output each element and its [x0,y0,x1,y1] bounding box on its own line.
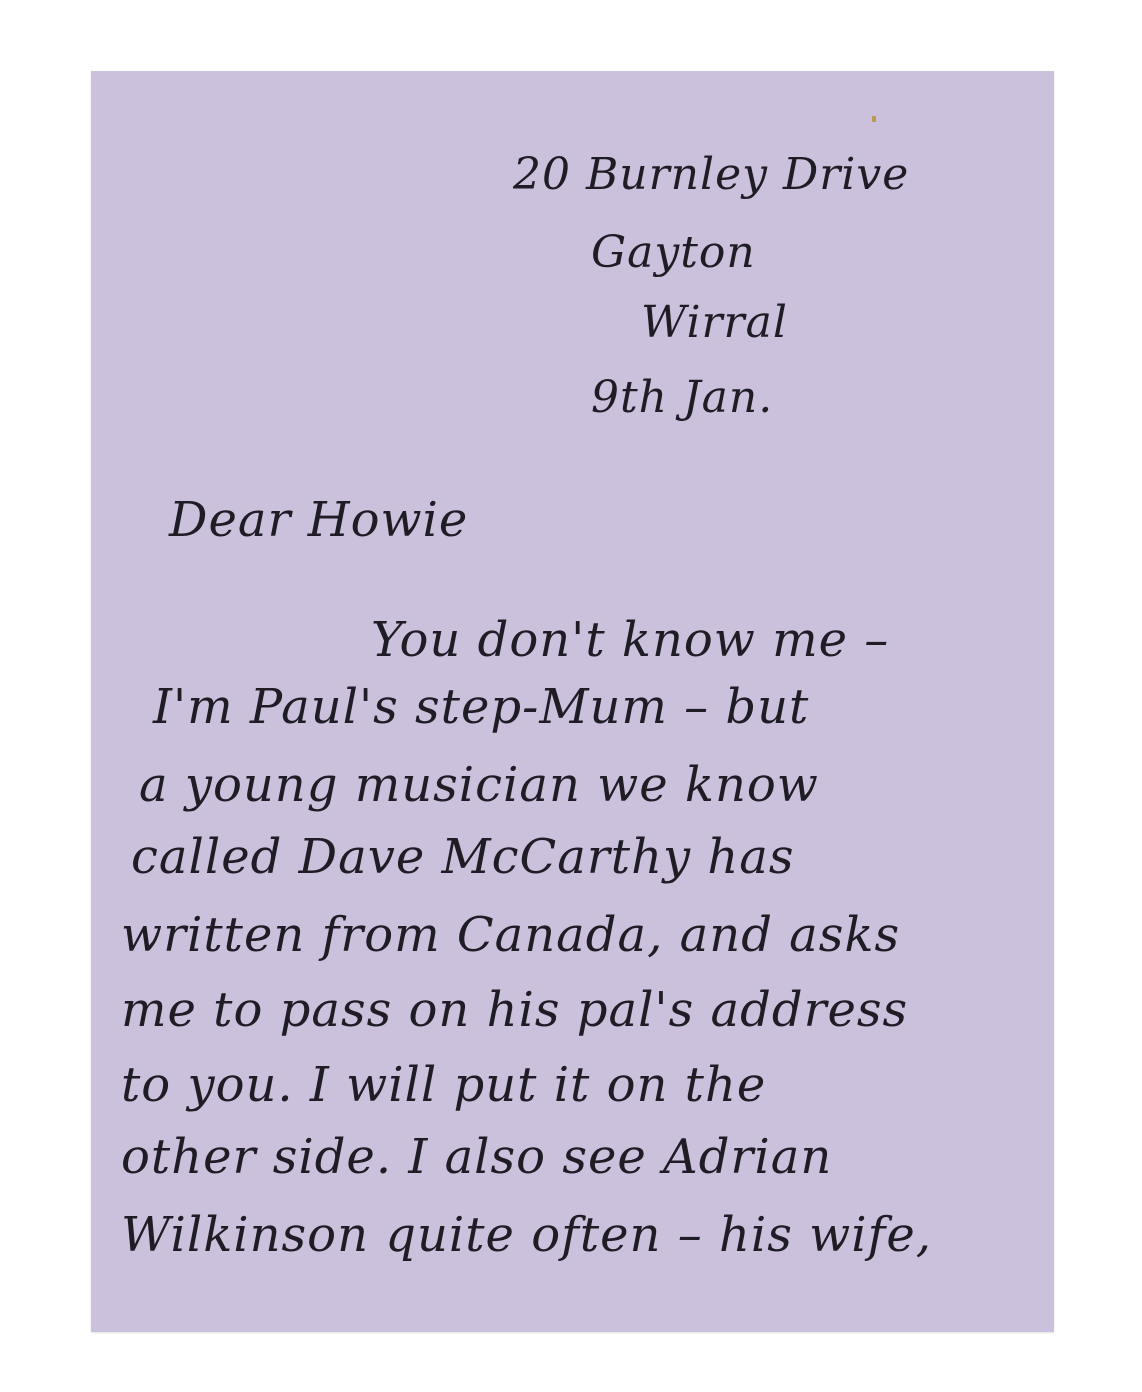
paper-blemish [872,116,876,122]
body-line: You don't know me – [371,616,889,664]
body-line: I'm Paul's step-Mum – but [153,683,809,731]
body-line: a young musician we know [139,761,819,809]
body-line: Wilkinson quite often – his wife, [121,1211,932,1259]
address-region: Wirral [641,301,788,345]
body-line: to you. I will put it on the [121,1061,766,1109]
letter-paper: 20 Burnley Drive Gayton Wirral 9th Jan. … [91,71,1054,1332]
address-street: 20 Burnley Drive [513,153,909,197]
salutation: Dear Howie [169,496,468,544]
body-line: called Dave McCarthy has [131,833,795,881]
body-line: me to pass on his pal's address [121,986,908,1034]
body-line: written from Canada, and asks [121,911,900,959]
body-line: other side. I also see Adrian [121,1133,832,1181]
address-town: Gayton [591,231,756,275]
letter-date: 9th Jan. [591,376,773,420]
